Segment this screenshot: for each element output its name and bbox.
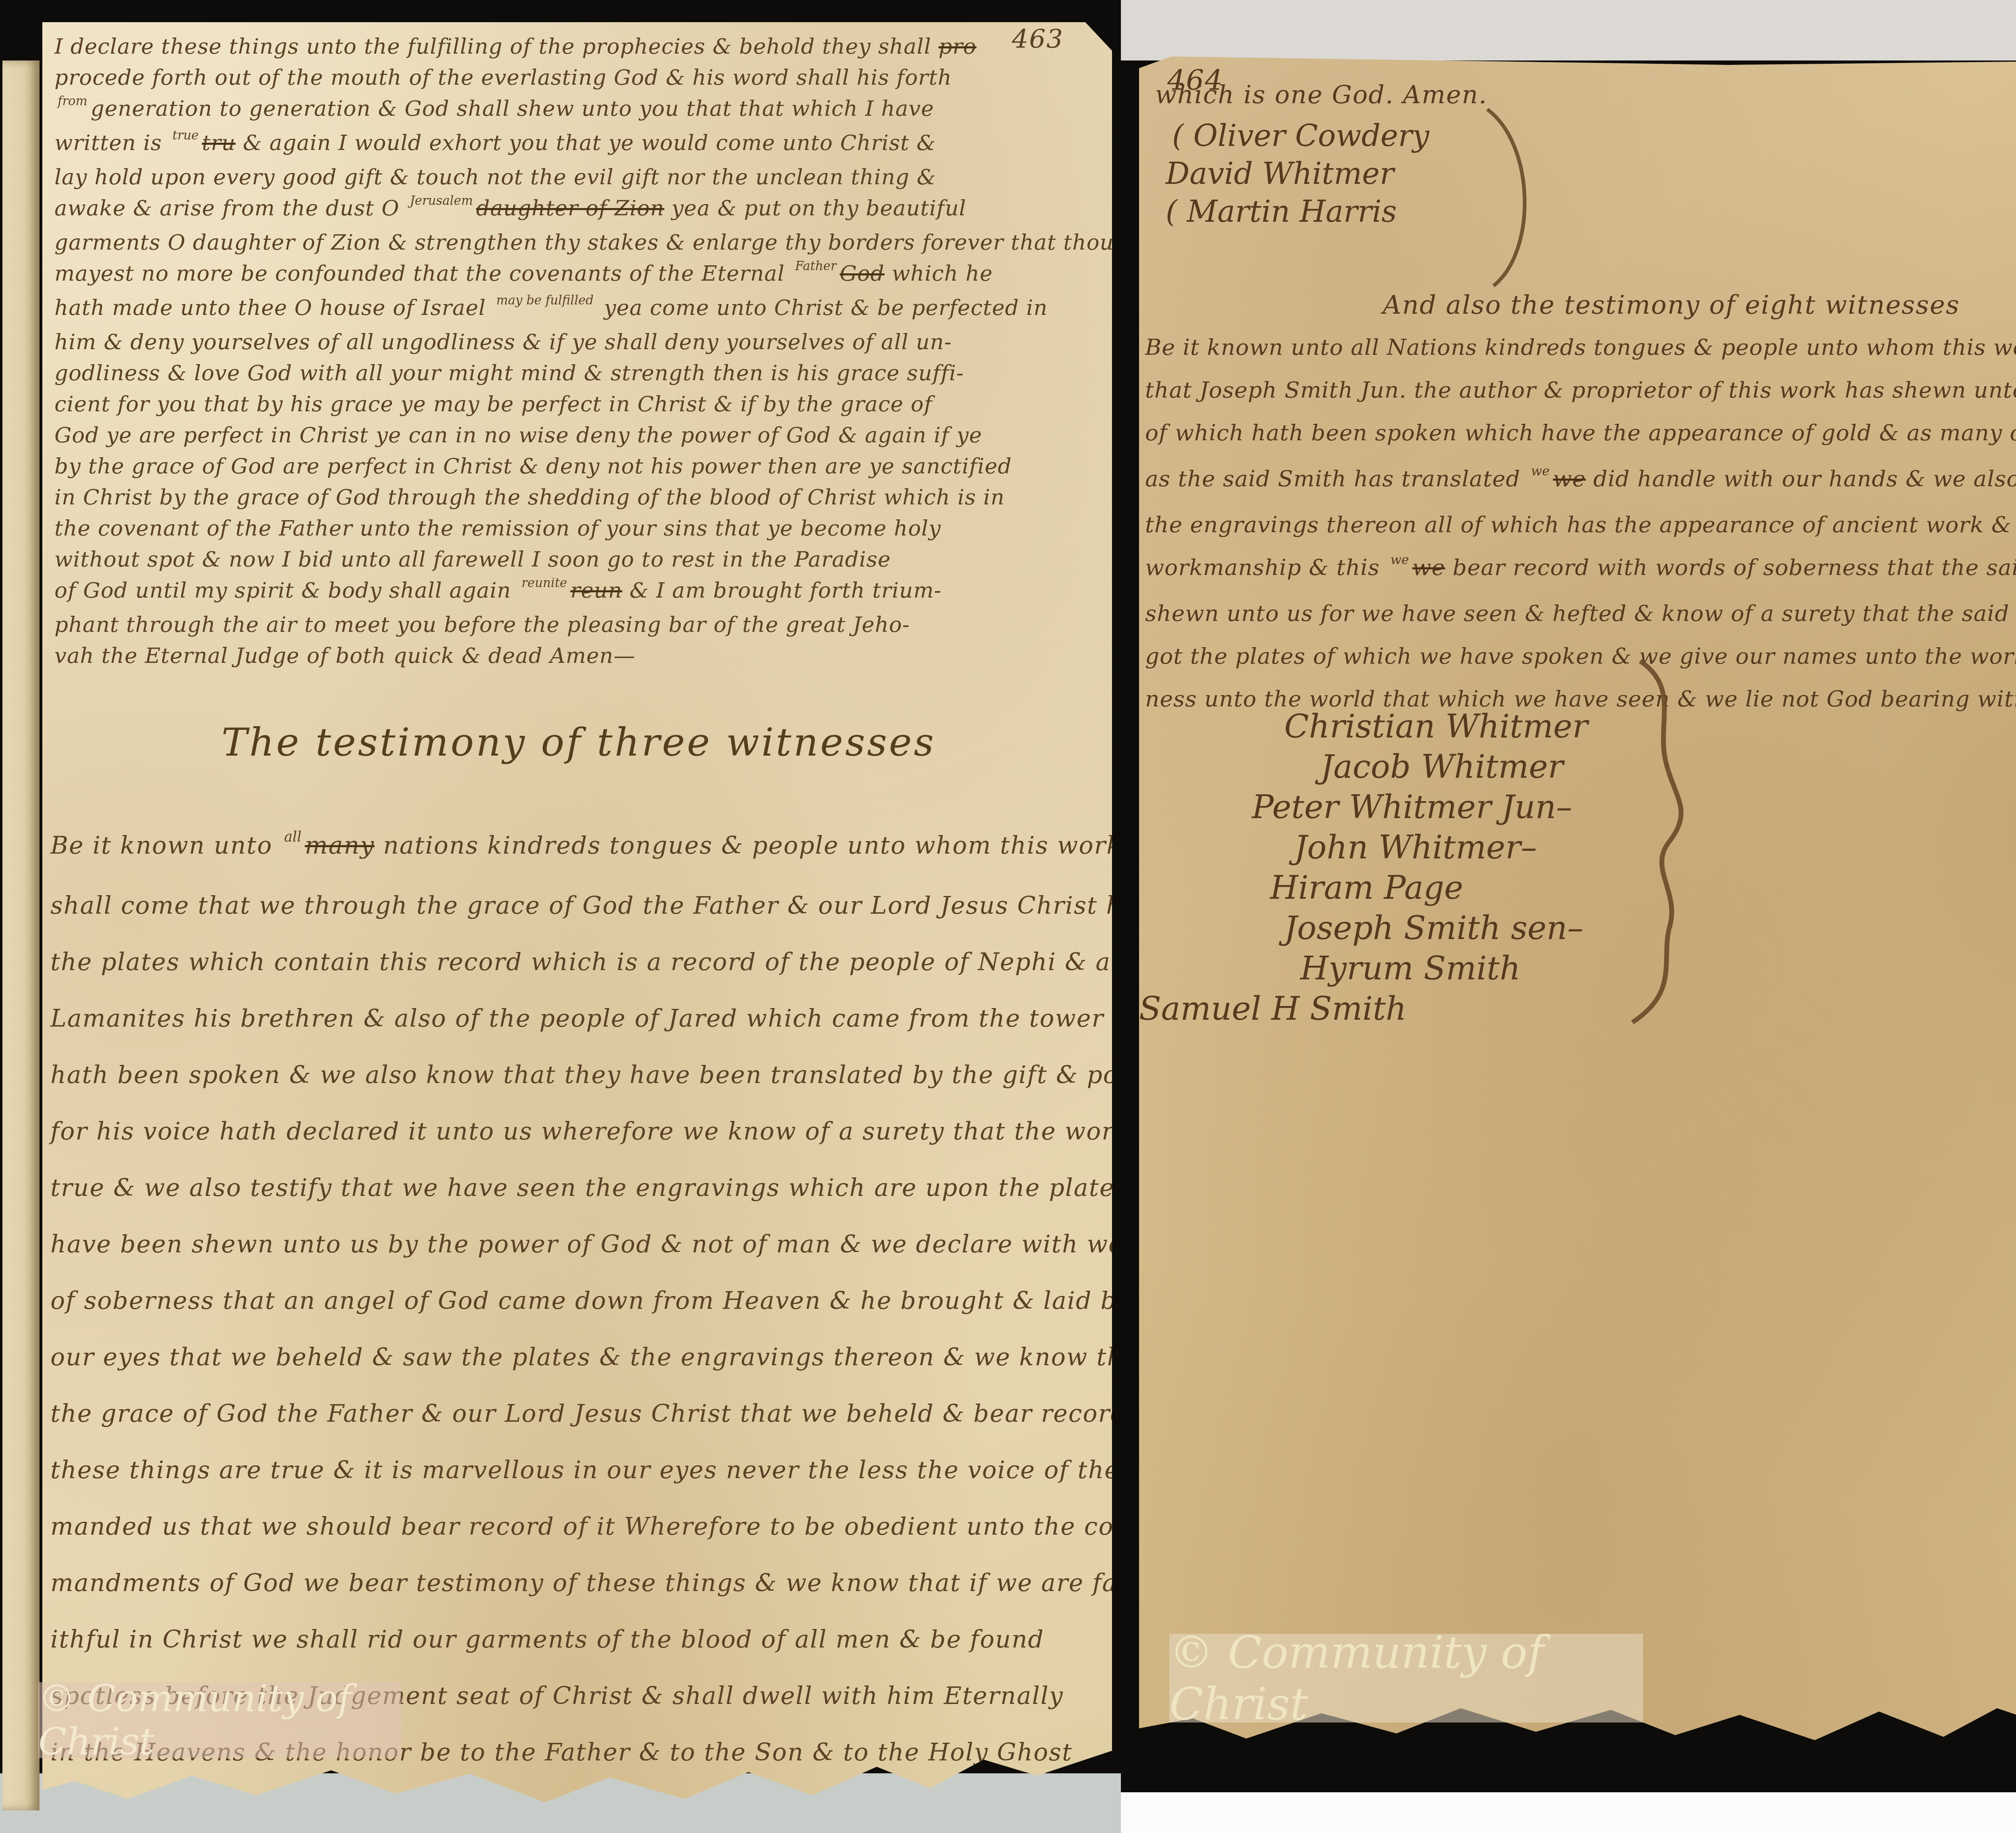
left-manuscript-page: 463 I declare these things unto the fulf… [42,22,1112,1802]
witness-signature: Peter Whitmer Jun– [1252,787,1588,827]
manuscript-scan: 463 I declare these things unto the fulf… [0,0,2016,1833]
three-witnesses-closing-line: which is one God. Amen. [1155,80,1487,109]
manuscript-line: mandments of God we bear testimony of th… [50,1555,1105,1611]
manuscript-line: have been shewn unto us by the power of … [50,1216,1105,1273]
manuscript-line: workmanship & this wewe bear record with… [1145,546,2016,592]
manuscript-line: ithful in Christ we shall rid our garmen… [50,1611,1105,1668]
community-of-christ-watermark-right: © Community of Christ [1169,1634,1643,1723]
manuscript-line: written is truetru & again I would exhor… [54,127,1103,162]
moroni-closing-text: I declare these things unto the fulfilli… [54,31,1103,671]
witness-signature: ( Oliver Cowdery [1172,117,1429,155]
right-scan-background: 464 which is one God. Amen. ( Oliver Cow… [1121,0,2016,1833]
manuscript-line: Be it known unto allmany nations kindred… [50,817,1105,877]
manuscript-line: without spot & now I bid unto all farewe… [54,544,1103,575]
manuscript-line: of which hath been spoken which have the… [1145,411,2016,457]
three-witnesses-brace-icon [1480,107,1542,288]
scanner-bed-bottom-right [1121,1792,2016,1833]
manuscript-line: of soberness that an angel of God came d… [50,1273,1105,1329]
manuscript-line: these things are true & it is marvellous… [50,1442,1105,1498]
manuscript-line: the grace of God the Father & our Lord J… [50,1385,1105,1442]
witness-signature: David Whitmer [1166,155,1429,193]
right-manuscript-page: 464 which is one God. Amen. ( Oliver Cow… [1139,56,2016,1742]
witness-signature: Samuel H Smith [1139,989,1588,1029]
manuscript-line: cient for you that by his grace ye may b… [54,389,1103,420]
manuscript-line: I declare these things unto the fulfilli… [54,31,1103,62]
eight-witnesses-testimony-text: Be it known unto all Nations kindreds to… [1145,326,2016,720]
three-witnesses-heading: The testimony of three witnesses [139,720,1018,765]
manuscript-line: hath made unto thee O house of Israel ma… [54,292,1103,327]
left-scan-background: 463 I declare these things unto the fulf… [0,0,1121,1833]
witness-signature: Jacob Whitmer [1320,747,1588,787]
manuscript-line: fromgeneration to generation & God shall… [54,93,1103,127]
manuscript-line: in Christ by the grace of God through th… [54,482,1103,513]
manuscript-line: got the plates of which we have spoken &… [1145,635,2016,677]
community-of-christ-watermark-left: © Community of Christ [38,1682,401,1758]
manuscript-line: manded us that we should bear record of … [50,1498,1105,1555]
witness-name: Oliver Cowdery [1193,119,1429,153]
manuscript-line: the covenant of the Father unto the remi… [54,513,1103,544]
scanner-bed-top-right [1121,0,2016,60]
manuscript-line: the engravings thereon all of which has … [1145,503,2016,546]
witness-signature: Hyrum Smith [1300,948,1588,989]
manuscript-line: as the said Smith has translated wewe di… [1145,457,2016,503]
paren-mark: ( [1166,194,1187,229]
manuscript-line: phant through the air to meet you before… [54,609,1103,640]
paren-mark: ( [1172,119,1193,153]
manuscript-line: shall come that we through the grace of … [50,877,1105,934]
manuscript-line: procede forth out of the mouth of the ev… [54,62,1103,93]
manuscript-line: that Joseph Smith Jun. the author & prop… [1145,369,2016,411]
witness-signature: Joseph Smith sen– [1284,908,1588,948]
manuscript-line: awake & arise from the dust O Jerusalemd… [54,193,1103,227]
manuscript-line: mayest no more be confounded that the co… [54,258,1103,292]
witness-signature: John Whitmer– [1294,827,1588,868]
manuscript-line: God ye are perfect in Christ ye can in n… [54,420,1103,451]
eight-witnesses-brace-icon [1619,659,1716,1024]
adjacent-page-edge-left [2,60,40,1810]
manuscript-line: lay hold upon every good gift & touch no… [54,162,1103,193]
witness-signature: Hiram Page [1270,868,1588,908]
witness-signature: ( Martin Harris [1166,193,1429,231]
manuscript-line: Be it known unto all Nations kindreds to… [1145,326,2016,369]
manuscript-line: hath been spoken & we also know that the… [50,1047,1105,1103]
manuscript-line: true & we also testify that we have seen… [50,1160,1105,1216]
manuscript-line: of God until my spirit & body shall agai… [54,575,1103,609]
manuscript-line: vah the Eternal Judge of both quick & de… [54,640,1103,671]
manuscript-line: garments O daughter of Zion & strengthen… [54,227,1103,258]
witness-signature: Christian Whitmer [1284,706,1588,747]
eight-witnesses-heading: And also the testimony of eight witnesse… [1208,290,2016,320]
witness-name: David Whitmer [1166,156,1394,191]
witness-name: Martin Harris [1187,194,1397,229]
manuscript-line: by the grace of God are perfect in Chris… [54,451,1103,482]
eight-witnesses-signatures: Christian Whitmer Jacob Whitmer Peter Wh… [1139,706,1588,1029]
manuscript-line: the plates which contain this record whi… [50,934,1105,990]
three-witnesses-signatures: ( Oliver Cowdery David Whitmer ( Martin … [1166,117,1429,231]
manuscript-line: shewn unto us for we have seen & hefted … [1145,592,2016,635]
manuscript-line: for his voice hath declared it unto us w… [50,1103,1105,1160]
manuscript-line: Lamanites his brethren & also of the peo… [50,990,1105,1047]
manuscript-line: godliness & love God with all your might… [54,358,1103,389]
manuscript-line: him & deny yourselves of all ungodliness… [54,327,1103,358]
three-witnesses-testimony-text: Be it known unto allmany nations kindred… [50,817,1105,1781]
manuscript-line: our eyes that we beheld & saw the plates… [50,1329,1105,1385]
